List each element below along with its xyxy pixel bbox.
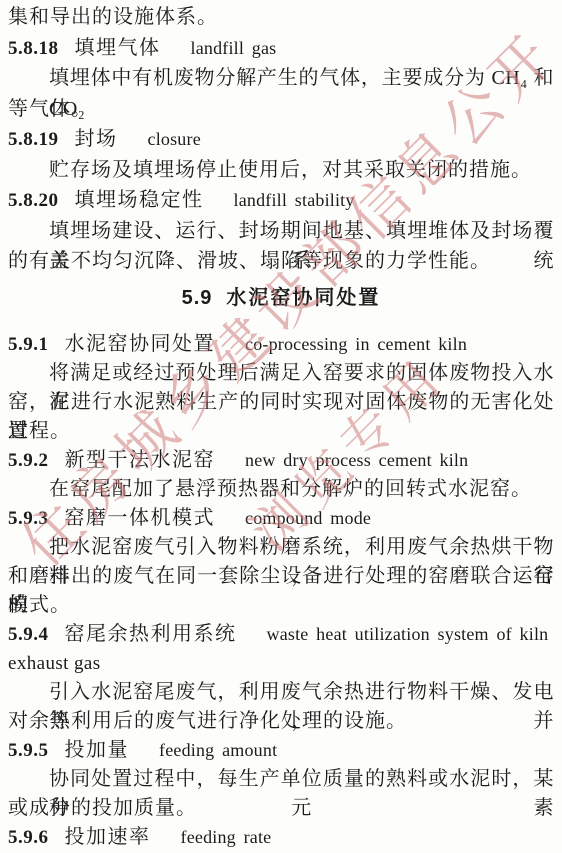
term-line: 5.9.5投加量feeding amount xyxy=(8,736,554,765)
clause-number: 5.9.5 xyxy=(8,740,49,761)
term-chinese: 水泥窑协同处置 xyxy=(65,333,216,355)
clause-number: 5.9.3 xyxy=(8,508,49,529)
term-line: 5.8.19封场closure xyxy=(8,124,554,155)
clause-number: 5.9.1 xyxy=(8,334,49,355)
term-chinese: 投加量 xyxy=(65,739,130,761)
term-chinese: 填埋场稳定性 xyxy=(75,189,204,211)
clause-number: 5.8.20 xyxy=(8,190,59,211)
body-line: 集和导出的设施体系。 xyxy=(8,2,554,33)
body-line: 模式。 xyxy=(8,591,554,620)
body-line: exhaust gas xyxy=(8,649,554,678)
term-english: landfill gas xyxy=(191,38,277,58)
section-title: 水泥窑协同处置 xyxy=(226,287,380,309)
term-chinese: 填埋气体 xyxy=(75,37,161,59)
body-line: 贮存场及填埋场停止使用后，对其采取关闭的措施。 xyxy=(8,155,554,186)
term-chinese: 新型干法水泥窑 xyxy=(65,449,216,471)
body-line: 把水泥窑废气引入物料粉磨系统，利用废气余热烘干物料，窑 xyxy=(8,533,554,562)
clause-number: 5.8.18 xyxy=(8,38,59,59)
body-line: 填埋体中有机废物分解产生的气体，主要成分为 CH₄ 和 CO₂ xyxy=(8,63,554,94)
term-line: 5.9.3窑磨一体机模式compound mode xyxy=(8,504,554,533)
body-line: 等气体。 xyxy=(8,94,554,125)
body-line: 的有关不均匀沉降、滑坡、塌陷等现象的力学性能。 xyxy=(8,246,554,277)
body-line: 将满足或经过预处理后满足入窑要求的固体废物投入水泥 xyxy=(8,359,554,388)
clause-number: 5.9.6 xyxy=(8,827,49,848)
term-chinese: 窑尾余热利用系统 xyxy=(65,623,237,645)
clause-number: 5.8.19 xyxy=(8,129,59,150)
body-line: 在窑尾配加了悬浮预热器和分解炉的回转式水泥窑。 xyxy=(8,475,554,504)
term-line: 5.9.1水泥窑协同处置co-processing in cement kiln xyxy=(8,330,554,359)
section-number: 5.9 xyxy=(182,287,213,309)
clause-number: 5.9.2 xyxy=(8,450,49,471)
term-english: co-processing in cement kiln xyxy=(245,334,467,354)
body-line: 引入水泥窑尾废气，利用废气余热进行物料干燥、发电等，并 xyxy=(8,678,554,707)
term-line: 5.9.2新型干法水泥窑new dry process cement kiln xyxy=(8,446,554,475)
document-body: 集和导出的设施体系。5.8.18填埋气体landfill gas填埋体中有机废物… xyxy=(8,2,554,852)
term-line: 5.9.4窑尾余热利用系统waste heat utilization syst… xyxy=(8,620,554,649)
term-line: 5.8.20填埋场稳定性landfill stability xyxy=(8,185,554,216)
term-english: waste heat utilization system of kiln xyxy=(267,624,549,644)
body-line: 窑，在进行水泥熟料生产的同时实现对固体废物的无害化处置 xyxy=(8,388,554,417)
term-chinese: 窑磨一体机模式 xyxy=(65,507,216,529)
section-heading: 5.9水泥窑协同处置 xyxy=(8,285,554,312)
body-line: 填埋场建设、运行、封场期间地基、填埋堆体及封场覆盖系统 xyxy=(8,216,554,247)
body-line: 协同处置过程中，每生产单位质量的熟料或水泥时，某种元素 xyxy=(8,765,554,794)
term-english: new dry process cement kiln xyxy=(245,450,468,470)
clause-number: 5.9.4 xyxy=(8,624,49,645)
term-line: 5.9.6投加速率feeding rate xyxy=(8,823,554,852)
term-english: landfill stability xyxy=(234,190,355,210)
term-chinese: 封场 xyxy=(75,128,118,150)
term-english: feeding rate xyxy=(181,827,272,847)
term-english: compound mode xyxy=(245,508,371,528)
term-english: closure xyxy=(148,129,201,149)
term-line: 5.8.18填埋气体landfill gas xyxy=(8,33,554,64)
body-line: 过程。 xyxy=(8,417,554,446)
term-chinese: 投加速率 xyxy=(65,826,151,848)
term-english: feeding amount xyxy=(159,740,277,760)
body-line: 和磨排出的废气在同一套除尘设备进行处理的窑磨联合运行的 xyxy=(8,562,554,591)
document-page: { "page": { "background": "#fdfdfb", "te… xyxy=(0,0,562,853)
